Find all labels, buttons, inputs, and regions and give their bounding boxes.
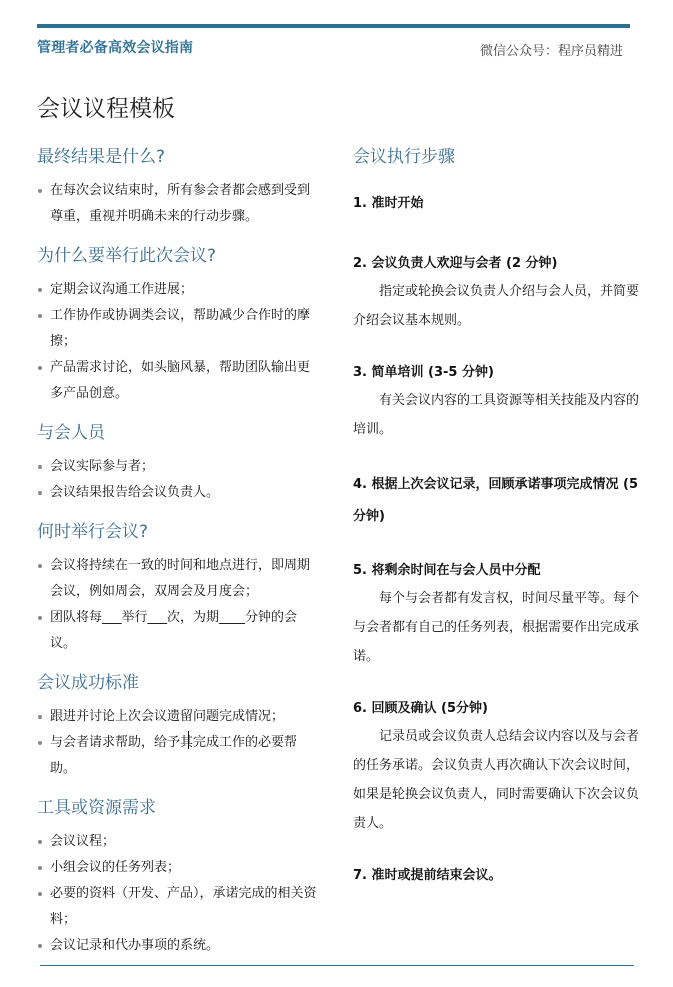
- section-why: 为什么要举行此次会议? 定期会议沟通工作进展； 工作协作或协调类会议，帮助减少合…: [37, 244, 317, 407]
- section-attendees: 与会人员 会议实际参与者； 会议结果报告给会议负责人。: [37, 421, 317, 506]
- step-title: 7. 准时或提前结束会议。: [353, 863, 643, 889]
- list-item: 会议结果报告给会议负责人。: [37, 480, 317, 506]
- list-item: 跟进并讨论上次会议遗留问题完成情况；: [37, 704, 317, 730]
- list-item: 定期会议沟通工作进展；: [37, 277, 317, 303]
- step-2: 2. 会议负责人欢迎与会者 (2 分钟) 指定或轮换会议负责人介绍与会人员，并简…: [353, 251, 643, 335]
- top-accent-bar: [37, 24, 630, 28]
- step-title: 2. 会议负责人欢迎与会者 (2 分钟): [353, 251, 643, 277]
- section-when: 何时举行会议? 会议将持续在一致的时间和地点进行，即周期会议，例如周会，双周会及…: [37, 520, 317, 657]
- bottom-divider: [40, 965, 634, 966]
- list-item: 会议实际参与者；: [37, 454, 317, 480]
- step-title: 1. 准时开始: [353, 191, 643, 217]
- section-success-criteria: 会议成功标准 跟进并讨论上次会议遗留问题完成情况； 与会者请求帮助，给予其完成工…: [37, 671, 317, 782]
- list-item: 会议将持续在一致的时间和地点进行，即周期会议，例如周会，双周会及月度会；: [37, 553, 317, 605]
- guide-title: 管理者必备高效会议指南: [37, 37, 193, 57]
- left-column: 最终结果是什么? 在每次会议结束时，所有参会者都会感到受到尊重，重视并明确未来的…: [37, 145, 317, 973]
- step-title: 5. 将剩余时间在与会人员中分配: [353, 558, 643, 584]
- step-5: 5. 将剩余时间在与会人员中分配 每个与会者都有发言权，时间尽量平等。每个与会者…: [353, 558, 643, 671]
- list-item: 与会者请求帮助，给予其完成工作的必要帮助。: [37, 730, 317, 782]
- step-body: 每个与会者都有发言权，时间尽量平等。每个与会者都有自己的任务列表，根据需要作出完…: [353, 584, 643, 671]
- list-item: 在每次会议结束时，所有参会者都会感到受到尊重，重视并明确未来的行动步骤。: [37, 178, 317, 230]
- list-item: 必要的资料（开发、产品），承诺完成的相关资料；: [37, 881, 317, 933]
- step-7: 7. 准时或提前结束会议。: [353, 863, 643, 889]
- section-heading: 为什么要举行此次会议?: [37, 244, 317, 268]
- section-heading: 会议成功标准: [37, 671, 317, 695]
- list-item: 工作协作或协调类会议，帮助减少合作时的摩擦；: [37, 303, 317, 355]
- list-item: 团队将每___举行___次，为期____分钟的会议。: [37, 605, 317, 657]
- step-body: 记录员或会议负责人总结会议内容以及与会者的任务承诺。会议负责人再次确认下次会议时…: [353, 722, 643, 838]
- step-6: 6. 回顾及确认 (5分钟) 记录员或会议负责人总结会议内容以及与会者的任务承诺…: [353, 696, 643, 838]
- list-item: 产品需求讨论，如头脑风暴，帮助团队输出更多产品创意。: [37, 355, 317, 407]
- list-item: 会议记录和代办事项的系统。: [37, 933, 317, 959]
- step-3: 3. 简单培训 (3-5 分钟) 有关会议内容的工具资源等相关技能及内容的培训。: [353, 360, 643, 444]
- step-title: 4. 根据上次会议记录，回顾承诺事项完成情况 (5 分钟): [353, 469, 643, 533]
- step-1: 1. 准时开始: [353, 191, 643, 217]
- section-heading: 会议执行步骤: [353, 145, 643, 169]
- step-body: 指定或轮换会议负责人介绍与会人员，并简要介绍会议基本规则。: [353, 277, 643, 335]
- step-4: 4. 根据上次会议记录，回顾承诺事项完成情况 (5 分钟): [353, 469, 643, 533]
- section-resources: 工具或资源需求 会议议程； 小组会议的任务列表； 必要的资料（开发、产品），承诺…: [37, 796, 317, 959]
- wechat-account: 微信公众号：程序员精进: [480, 40, 623, 59]
- section-heading: 何时举行会议?: [37, 520, 317, 544]
- step-title: 3. 简单培训 (3-5 分钟): [353, 360, 643, 386]
- list-item: 会议议程；: [37, 829, 317, 855]
- step-body: 有关会议内容的工具资源等相关技能及内容的培训。: [353, 386, 643, 444]
- list-item: 小组会议的任务列表；: [37, 855, 317, 881]
- step-title: 6. 回顾及确认 (5分钟): [353, 696, 643, 722]
- right-column: 会议执行步骤 1. 准时开始 2. 会议负责人欢迎与会者 (2 分钟) 指定或轮…: [353, 145, 643, 914]
- section-heading: 工具或资源需求: [37, 796, 317, 820]
- section-heading: 最终结果是什么?: [37, 145, 317, 169]
- text-cursor: [188, 731, 189, 749]
- page-title: 会议议程模板: [37, 90, 175, 123]
- section-heading: 与会人员: [37, 421, 317, 445]
- section-outcome: 最终结果是什么? 在每次会议结束时，所有参会者都会感到受到尊重，重视并明确未来的…: [37, 145, 317, 230]
